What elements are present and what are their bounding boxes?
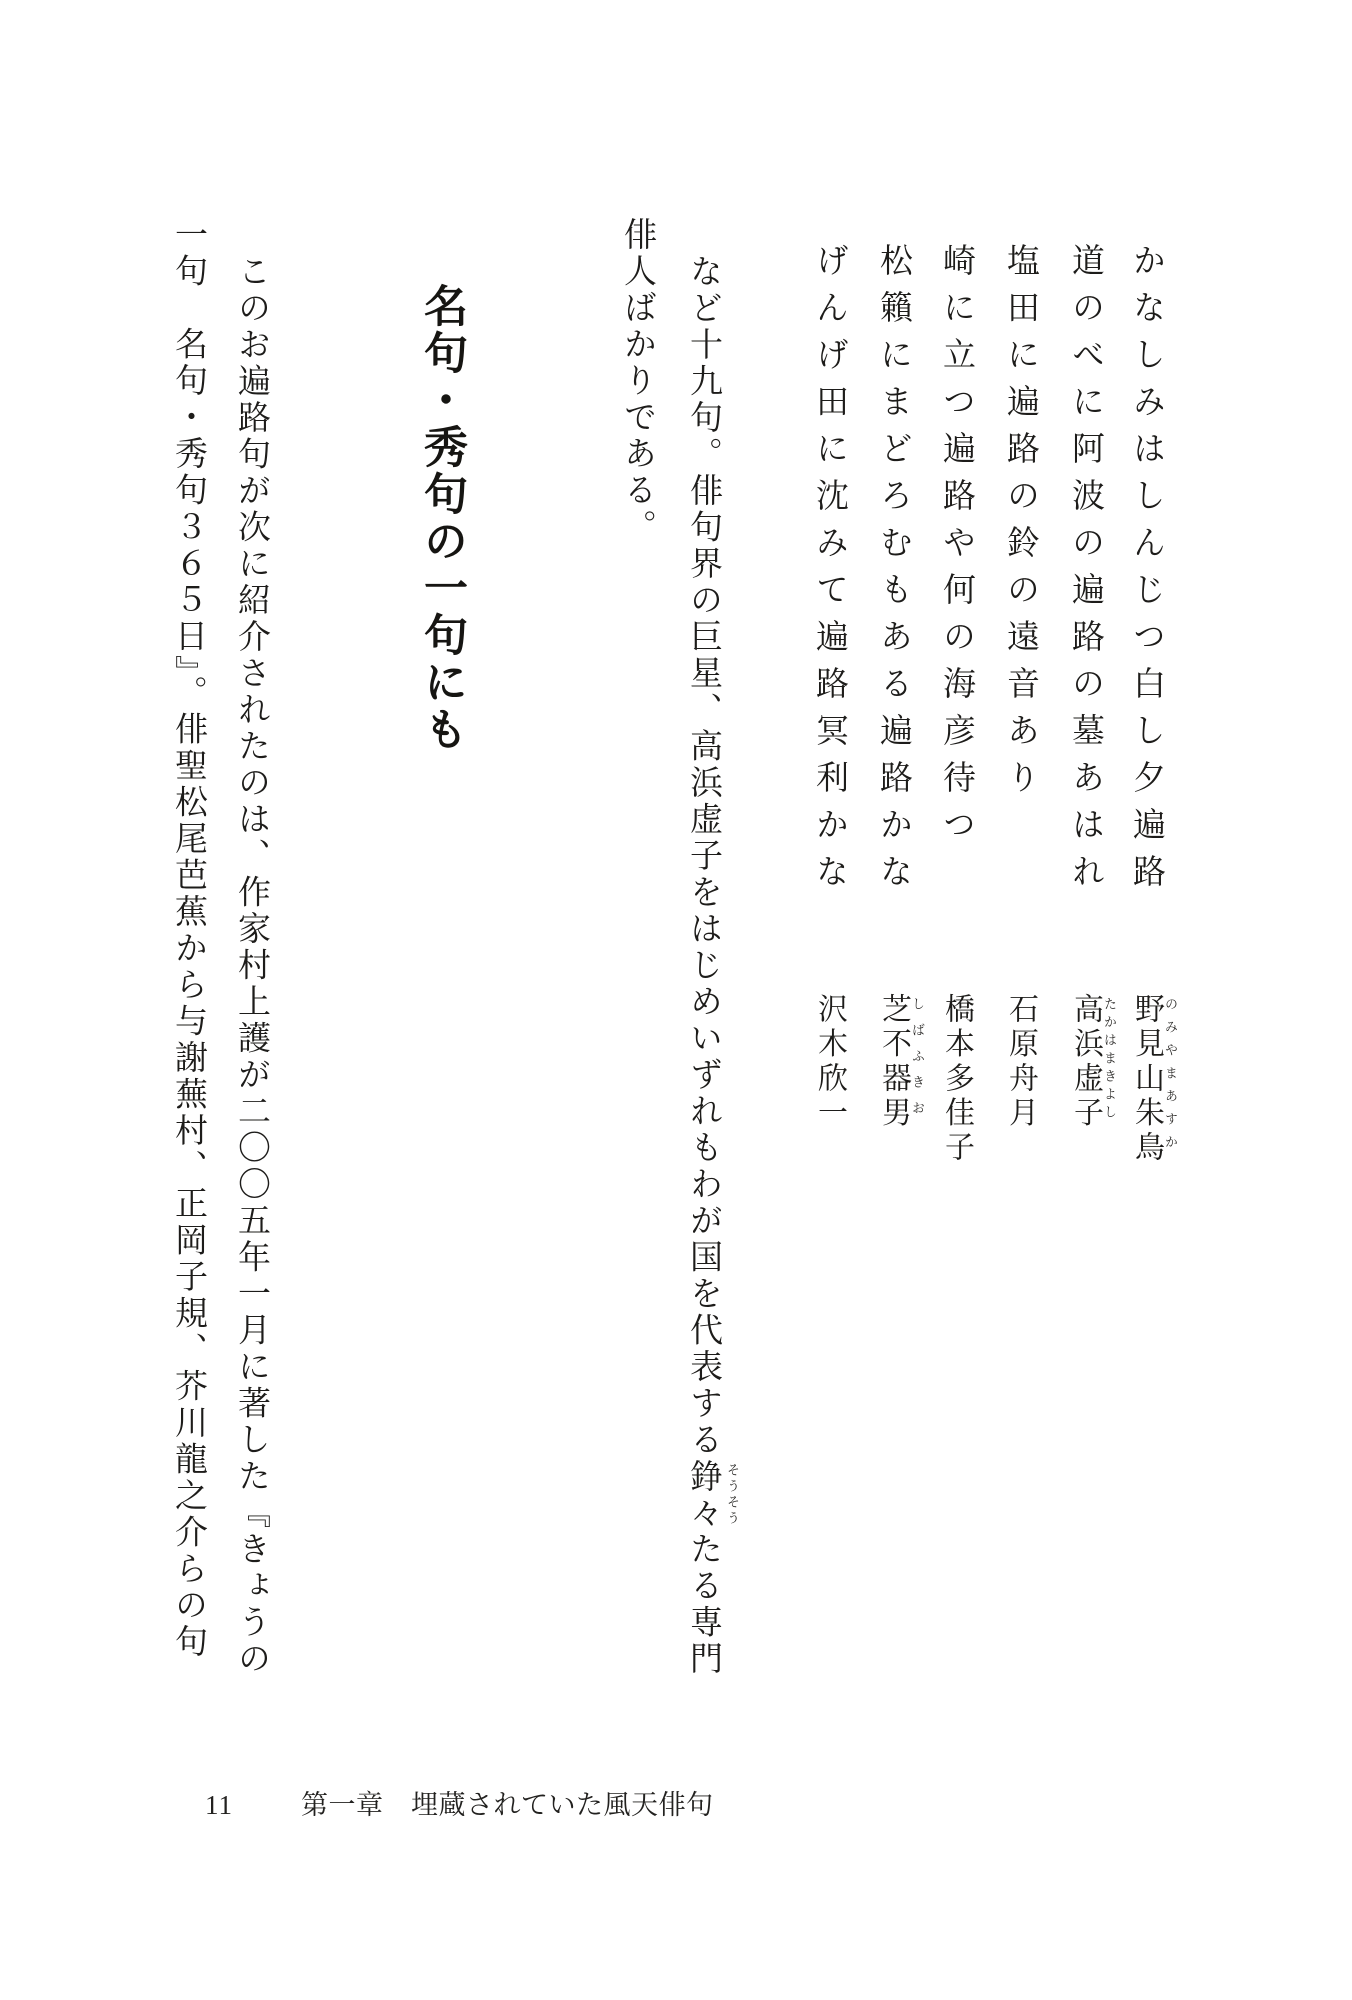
ruby-furigana: そうそう	[726, 1463, 739, 1527]
haiku-text-4: 崎に立つ遍路や何の海彦待つ	[939, 243, 972, 854]
haiku-text-1: かなしみはしんじつ白し夕遍路	[1129, 243, 1162, 901]
haiku-author-5: 芝不器男	[878, 993, 908, 1131]
page-number: 11	[205, 1790, 233, 1821]
author-furigana-1: のみやまあすか	[1164, 997, 1177, 1158]
book-page: かなしみはしんじつ白し夕遍路 道のべに阿波の遍路の墓あはれ 塩田に遍路の鈴の遠音…	[0, 0, 1352, 2000]
section-heading: 名句・秀句の一句にも	[419, 283, 463, 753]
haiku-text-2: 道のべに阿波の遍路の墓あはれ	[1068, 243, 1101, 901]
haiku-text-5: 松籟にまどろむもある遍路かな	[876, 243, 909, 901]
author-furigana-5: しばふきお	[911, 997, 924, 1127]
haiku-text-6: げんげ田に沈みて遍路冥利かな	[812, 243, 845, 901]
paragraph2-line2: 一句 名句・秀句３６５日』。俳聖松尾芭蕉から与謝蕪村、正岡子規、芥川龍之介らの句	[171, 217, 204, 1661]
paragraph2-line1: このお遍路句が次に紹介されたのは、作家村上護が二〇〇五年一月に著した『きょうの	[234, 254, 267, 1678]
haiku-text-3: 塩田に遍路の鈴の遠音あり	[1003, 243, 1036, 807]
page-footer: 11 第一章 埋蔵されていた風天俳句	[205, 1783, 714, 1822]
paragraph1-line1: など十九句。俳句界の巨星、高浜虚子をはじめいずれもわが国を代表する錚々そうそうた…	[686, 254, 719, 1678]
haiku-author-4: 橋本多佳子	[941, 993, 971, 1166]
author-furigana-2: たかはまきよし	[1103, 997, 1116, 1123]
paragraph1-line1-after: たる専門	[685, 1532, 721, 1678]
ruby-word: 錚々そうそう	[685, 1459, 721, 1532]
ruby-base: 錚々	[685, 1459, 721, 1532]
haiku-author-1: 野見山朱鳥	[1131, 993, 1161, 1166]
paragraph1-line1-before: など十九句。俳句界の巨星、高浜虚子をはじめいずれもわが国を代表する	[685, 254, 721, 1459]
chapter-title: 第一章 埋蔵されていた風天俳句	[301, 1783, 714, 1822]
haiku-author-6: 沢木欣一	[814, 993, 844, 1131]
haiku-author-3: 石原舟月	[1005, 993, 1035, 1131]
paragraph1-line2: 俳人ばかりである。	[620, 217, 653, 546]
haiku-author-2: 高浜虚子	[1070, 993, 1100, 1131]
